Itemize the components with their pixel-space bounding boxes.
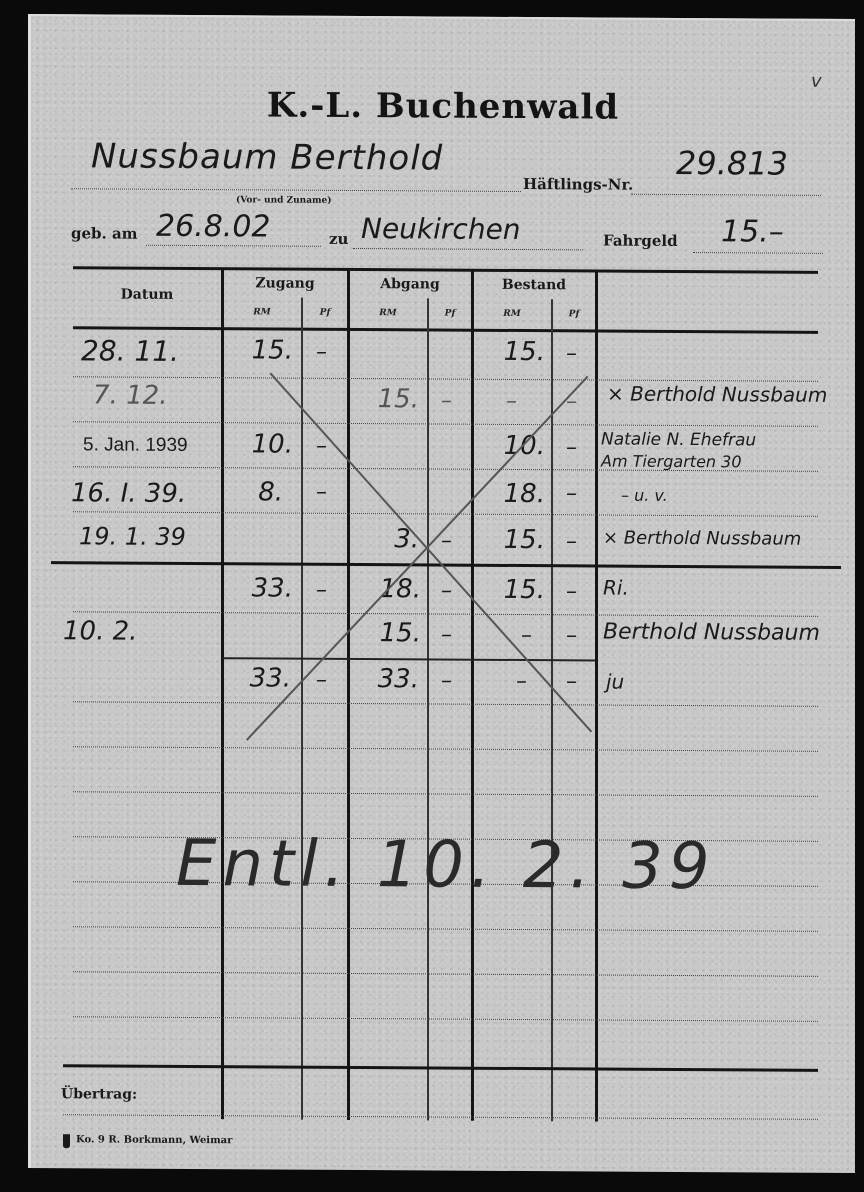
- row1-date: 28. 11.: [81, 334, 179, 368]
- row-rule: [73, 1016, 818, 1022]
- row3-remark: Natalie N. Ehefrau: [601, 430, 756, 451]
- col-divider-datum: [221, 269, 224, 1119]
- row3-bestand-rm: 10.: [473, 431, 545, 461]
- row3-zugang-rm: 10.: [223, 429, 293, 459]
- row2-abgang-pf: –: [441, 389, 452, 414]
- birth-place-label: zu: [329, 230, 348, 248]
- name-caption: (Vor- und Zuname): [236, 195, 332, 206]
- total-abgang-pf: –: [441, 669, 452, 694]
- prisoner-account-card: K.-L. Buchenwald v Nussbaum Berthold Häf…: [28, 14, 855, 1173]
- row1-bestand-rm: 15.: [473, 337, 545, 367]
- total-bestand-rm: –: [516, 669, 527, 694]
- release-row-bestand-pf: –: [566, 623, 577, 648]
- row2-signature: × Berthold Nussbaum: [607, 382, 827, 407]
- subtotal-bestand-rm: 15.: [473, 575, 545, 605]
- row2-bestand-rm: –: [506, 389, 517, 414]
- header-zugang-pf: Pf: [303, 308, 347, 318]
- row3-zugang-pf: –: [316, 434, 327, 459]
- row4-zugang-pf: –: [316, 480, 327, 505]
- row4-remark: – u. v.: [621, 486, 668, 505]
- camp-title: K.-L. Buchenwald: [31, 84, 855, 129]
- fare-value: 15.–: [721, 214, 784, 249]
- row-rule: [73, 511, 818, 517]
- header-abgang-pf: Pf: [429, 308, 471, 318]
- release-row-abgang-rm: 15.: [349, 618, 421, 648]
- row5-abgang-pf: –: [441, 529, 452, 554]
- birth-place-underline: [353, 248, 583, 250]
- printer-imprint: Ko. 9 R. Borkmann, Weimar: [76, 1134, 232, 1146]
- total-bestand-pf: –: [566, 669, 577, 694]
- prisoner-number: 29.813: [676, 144, 788, 183]
- subtotal-zugang-pf: –: [316, 578, 327, 603]
- birth-place: Neukirchen: [361, 212, 521, 246]
- row-rule: [73, 791, 818, 797]
- printer-emblem-icon: [63, 1134, 70, 1148]
- row4-bestand-rm: 18.: [473, 479, 545, 509]
- total-zugang-pf: –: [316, 668, 327, 693]
- header-abgang: Abgang: [349, 276, 471, 293]
- birth-date: 26.8.02: [156, 209, 271, 245]
- row1-zugang-rm: 15.: [223, 335, 293, 365]
- row1-zugang-pf: –: [316, 340, 327, 365]
- row1-bestand-pf: –: [566, 341, 577, 366]
- row5-bestand-rm: 15.: [473, 525, 545, 555]
- total-remark: ju: [606, 670, 624, 694]
- header-bestand-rm: RM: [473, 309, 551, 319]
- header-bestand: Bestand: [473, 277, 595, 294]
- table-bottom-rule: [63, 1064, 818, 1072]
- prisoner-number-label: Häftlings-Nr.: [523, 175, 633, 194]
- header-abgang-rm: RM: [349, 308, 427, 318]
- row4-bestand-pf: –: [566, 481, 577, 506]
- col-divider-abgang: [471, 271, 474, 1121]
- release-row-bestand-rm: –: [521, 623, 532, 648]
- col-divider-abgang-pf: [427, 298, 429, 1120]
- name-underline: [71, 188, 521, 192]
- subtotal-zugang-rm: 33.: [223, 573, 293, 603]
- carry-over-label: Übertrag:: [61, 1086, 137, 1102]
- col-divider-bestand-pf: [551, 299, 553, 1121]
- prisoner-name: Nussbaum Berthold: [91, 136, 443, 178]
- row5-bestand-pf: –: [566, 529, 577, 554]
- subtotal-initials: Ri.: [603, 576, 629, 600]
- release-row-date: 10. 2.: [63, 616, 137, 646]
- fare-underline: [693, 252, 823, 254]
- total-rule: [223, 657, 595, 661]
- row-rule: [73, 701, 818, 707]
- fare-label: Fahrgeld: [603, 232, 678, 250]
- release-row-signature: Berthold Nussbaum: [603, 620, 820, 646]
- total-abgang-rm: 33.: [349, 664, 419, 694]
- row2-date: 7. 12.: [93, 380, 167, 410]
- row-rule: [73, 421, 818, 427]
- row-rule: [73, 926, 818, 932]
- subtotal-bestand-pf: –: [566, 579, 577, 604]
- corner-check-mark: v: [811, 71, 822, 92]
- col-divider-bestand: [595, 271, 598, 1121]
- total-zugang-rm: 33.: [223, 663, 291, 693]
- birth-date-label: geb. am: [71, 224, 138, 242]
- col-divider-zugang-pf: [301, 298, 303, 1120]
- row3-date-stamp: 5. Jan. 1939: [83, 434, 188, 457]
- row3-bestand-pf: –: [566, 435, 577, 460]
- release-row-abgang-pf: –: [441, 623, 452, 648]
- header-zugang-rm: RM: [223, 307, 301, 317]
- row4-zugang-rm: 8.: [223, 477, 283, 507]
- row2-abgang-rm: 15.: [349, 384, 419, 414]
- row-rule: [73, 611, 818, 617]
- table-top-rule: [73, 266, 818, 274]
- row5-signature: × Berthold Nussbaum: [603, 528, 801, 550]
- header-bestand-pf: Pf: [553, 309, 595, 319]
- birth-date-underline: [146, 245, 321, 247]
- header-datum: Datum: [73, 286, 221, 303]
- header-zugang: Zugang: [223, 275, 347, 292]
- table-header-rule: [73, 326, 818, 334]
- row-rule: [73, 971, 818, 977]
- row-rule: [73, 746, 818, 752]
- row4-date: 16. I. 39.: [71, 478, 186, 509]
- number-underline: [631, 194, 821, 196]
- row3-remark-address: Am Tiergarten 30: [601, 452, 742, 472]
- release-note: Entl. 10. 2. 39: [176, 827, 716, 904]
- carry-over-rule: [63, 1114, 818, 1120]
- row-rule: [73, 376, 818, 382]
- row5-date: 19. 1. 39: [79, 522, 186, 551]
- subtotal-abgang-pf: –: [441, 579, 452, 604]
